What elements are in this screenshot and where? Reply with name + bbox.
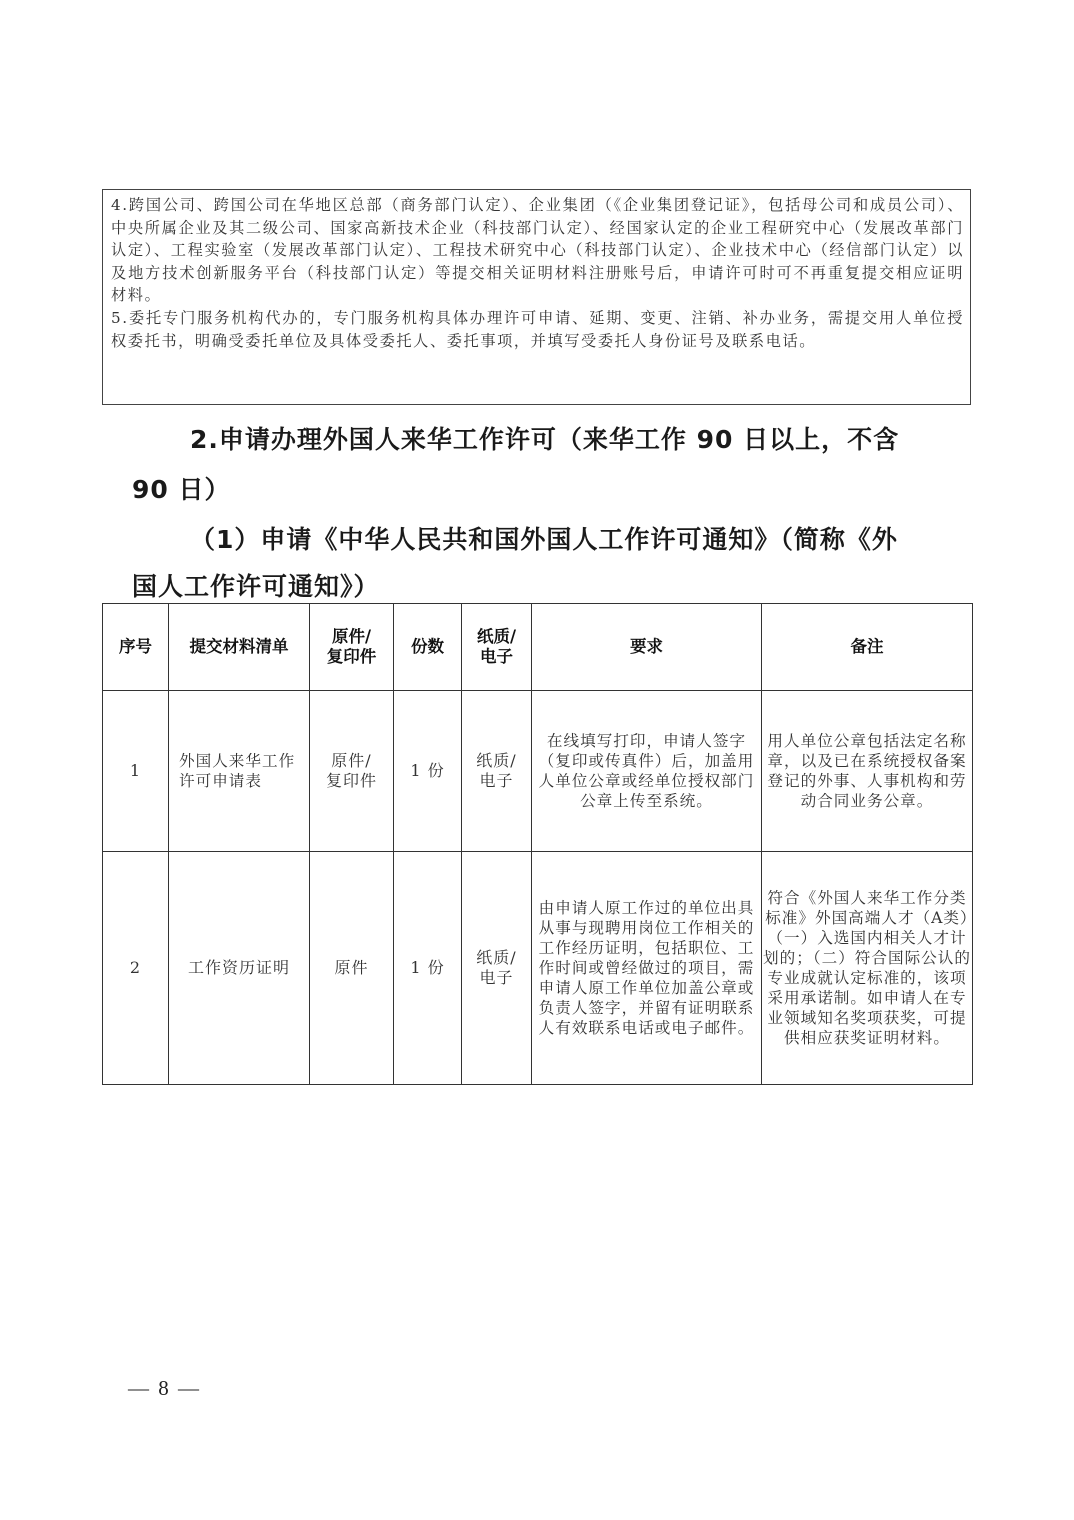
header-remarks: 备注 bbox=[762, 604, 973, 691]
section-heading-line2: 90 日） bbox=[132, 470, 231, 506]
table-row: 2 工作资历证明 原件 1 份 纸质/ 电子 由申请人原工作过的单位出具从事与现… bbox=[103, 852, 973, 1085]
header-paper-electronic: 纸质/ 电子 bbox=[462, 604, 532, 691]
table-header-row: 序号 提交材料清单 原件/ 复印件 份数 纸质/ 电子 要求 备注 bbox=[103, 604, 973, 691]
cell-original-copy: 原件 bbox=[310, 852, 394, 1085]
table-row: 1 外国人来华工作许可申请表 原件/ 复印件 1 份 纸质/ 电子 在线填写打印… bbox=[103, 691, 973, 852]
cell-remark: 用人单位公章包括法定名称章，以及已在系统授权备案登记的外事、人事机构和劳动合同业… bbox=[762, 691, 973, 852]
cell-requirement: 在线填写打印，申请人签字（复印或传真件）后，加盖用人单位公章或经单位授权部门公章… bbox=[532, 691, 762, 852]
cell-paper-electronic: 纸质/ 电子 bbox=[462, 852, 532, 1085]
header-materials: 提交材料清单 bbox=[169, 604, 310, 691]
header-original-copy: 原件/ 复印件 bbox=[310, 604, 394, 691]
materials-table: 序号 提交材料清单 原件/ 复印件 份数 纸质/ 电子 要求 备注 1 外国人来… bbox=[102, 603, 973, 1085]
cell-copies: 1 份 bbox=[394, 691, 462, 852]
cell-material: 外国人来华工作许可申请表 bbox=[169, 691, 310, 852]
note-item-5: 5.委托专门服务机构代办的，专门服务机构具体办理许可申请、延期、变更、注销、补办… bbox=[111, 307, 964, 352]
subsection-heading-line1: （1）申请《中华人民共和国外国人工作许可通知》（简称《外 bbox=[190, 520, 898, 556]
header-copies: 份数 bbox=[394, 604, 462, 691]
cell-material: 工作资历证明 bbox=[169, 852, 310, 1085]
cell-seq: 2 bbox=[103, 852, 169, 1085]
cell-paper-electronic: 纸质/ 电子 bbox=[462, 691, 532, 852]
section-heading-line1: 2.申请办理外国人来华工作许可（来华工作 90 日以上，不含 bbox=[190, 420, 899, 456]
header-requirements: 要求 bbox=[532, 604, 762, 691]
header-seq: 序号 bbox=[103, 604, 169, 691]
subsection-heading-line2: 国人工作许可通知》） bbox=[132, 567, 380, 603]
cell-copies: 1 份 bbox=[394, 852, 462, 1085]
cell-original-copy: 原件/ 复印件 bbox=[310, 691, 394, 852]
cell-seq: 1 bbox=[103, 691, 169, 852]
notes-box: 4.跨国公司、跨国公司在华地区总部（商务部门认定）、企业集团（《企业集团登记证》… bbox=[102, 189, 971, 405]
cell-remark: 符合《外国人来华工作分类标准》外国高端人才（A类）（一）入选国内相关人才计划的；… bbox=[762, 852, 973, 1085]
note-item-4: 4.跨国公司、跨国公司在华地区总部（商务部门认定）、企业集团（《企业集团登记证》… bbox=[111, 194, 964, 307]
page-number: — 8 — bbox=[128, 1376, 201, 1401]
cell-requirement: 由申请人原工作过的单位出具从事与现聘用岗位工作相关的工作经历证明，包括职位、工作… bbox=[532, 852, 762, 1085]
